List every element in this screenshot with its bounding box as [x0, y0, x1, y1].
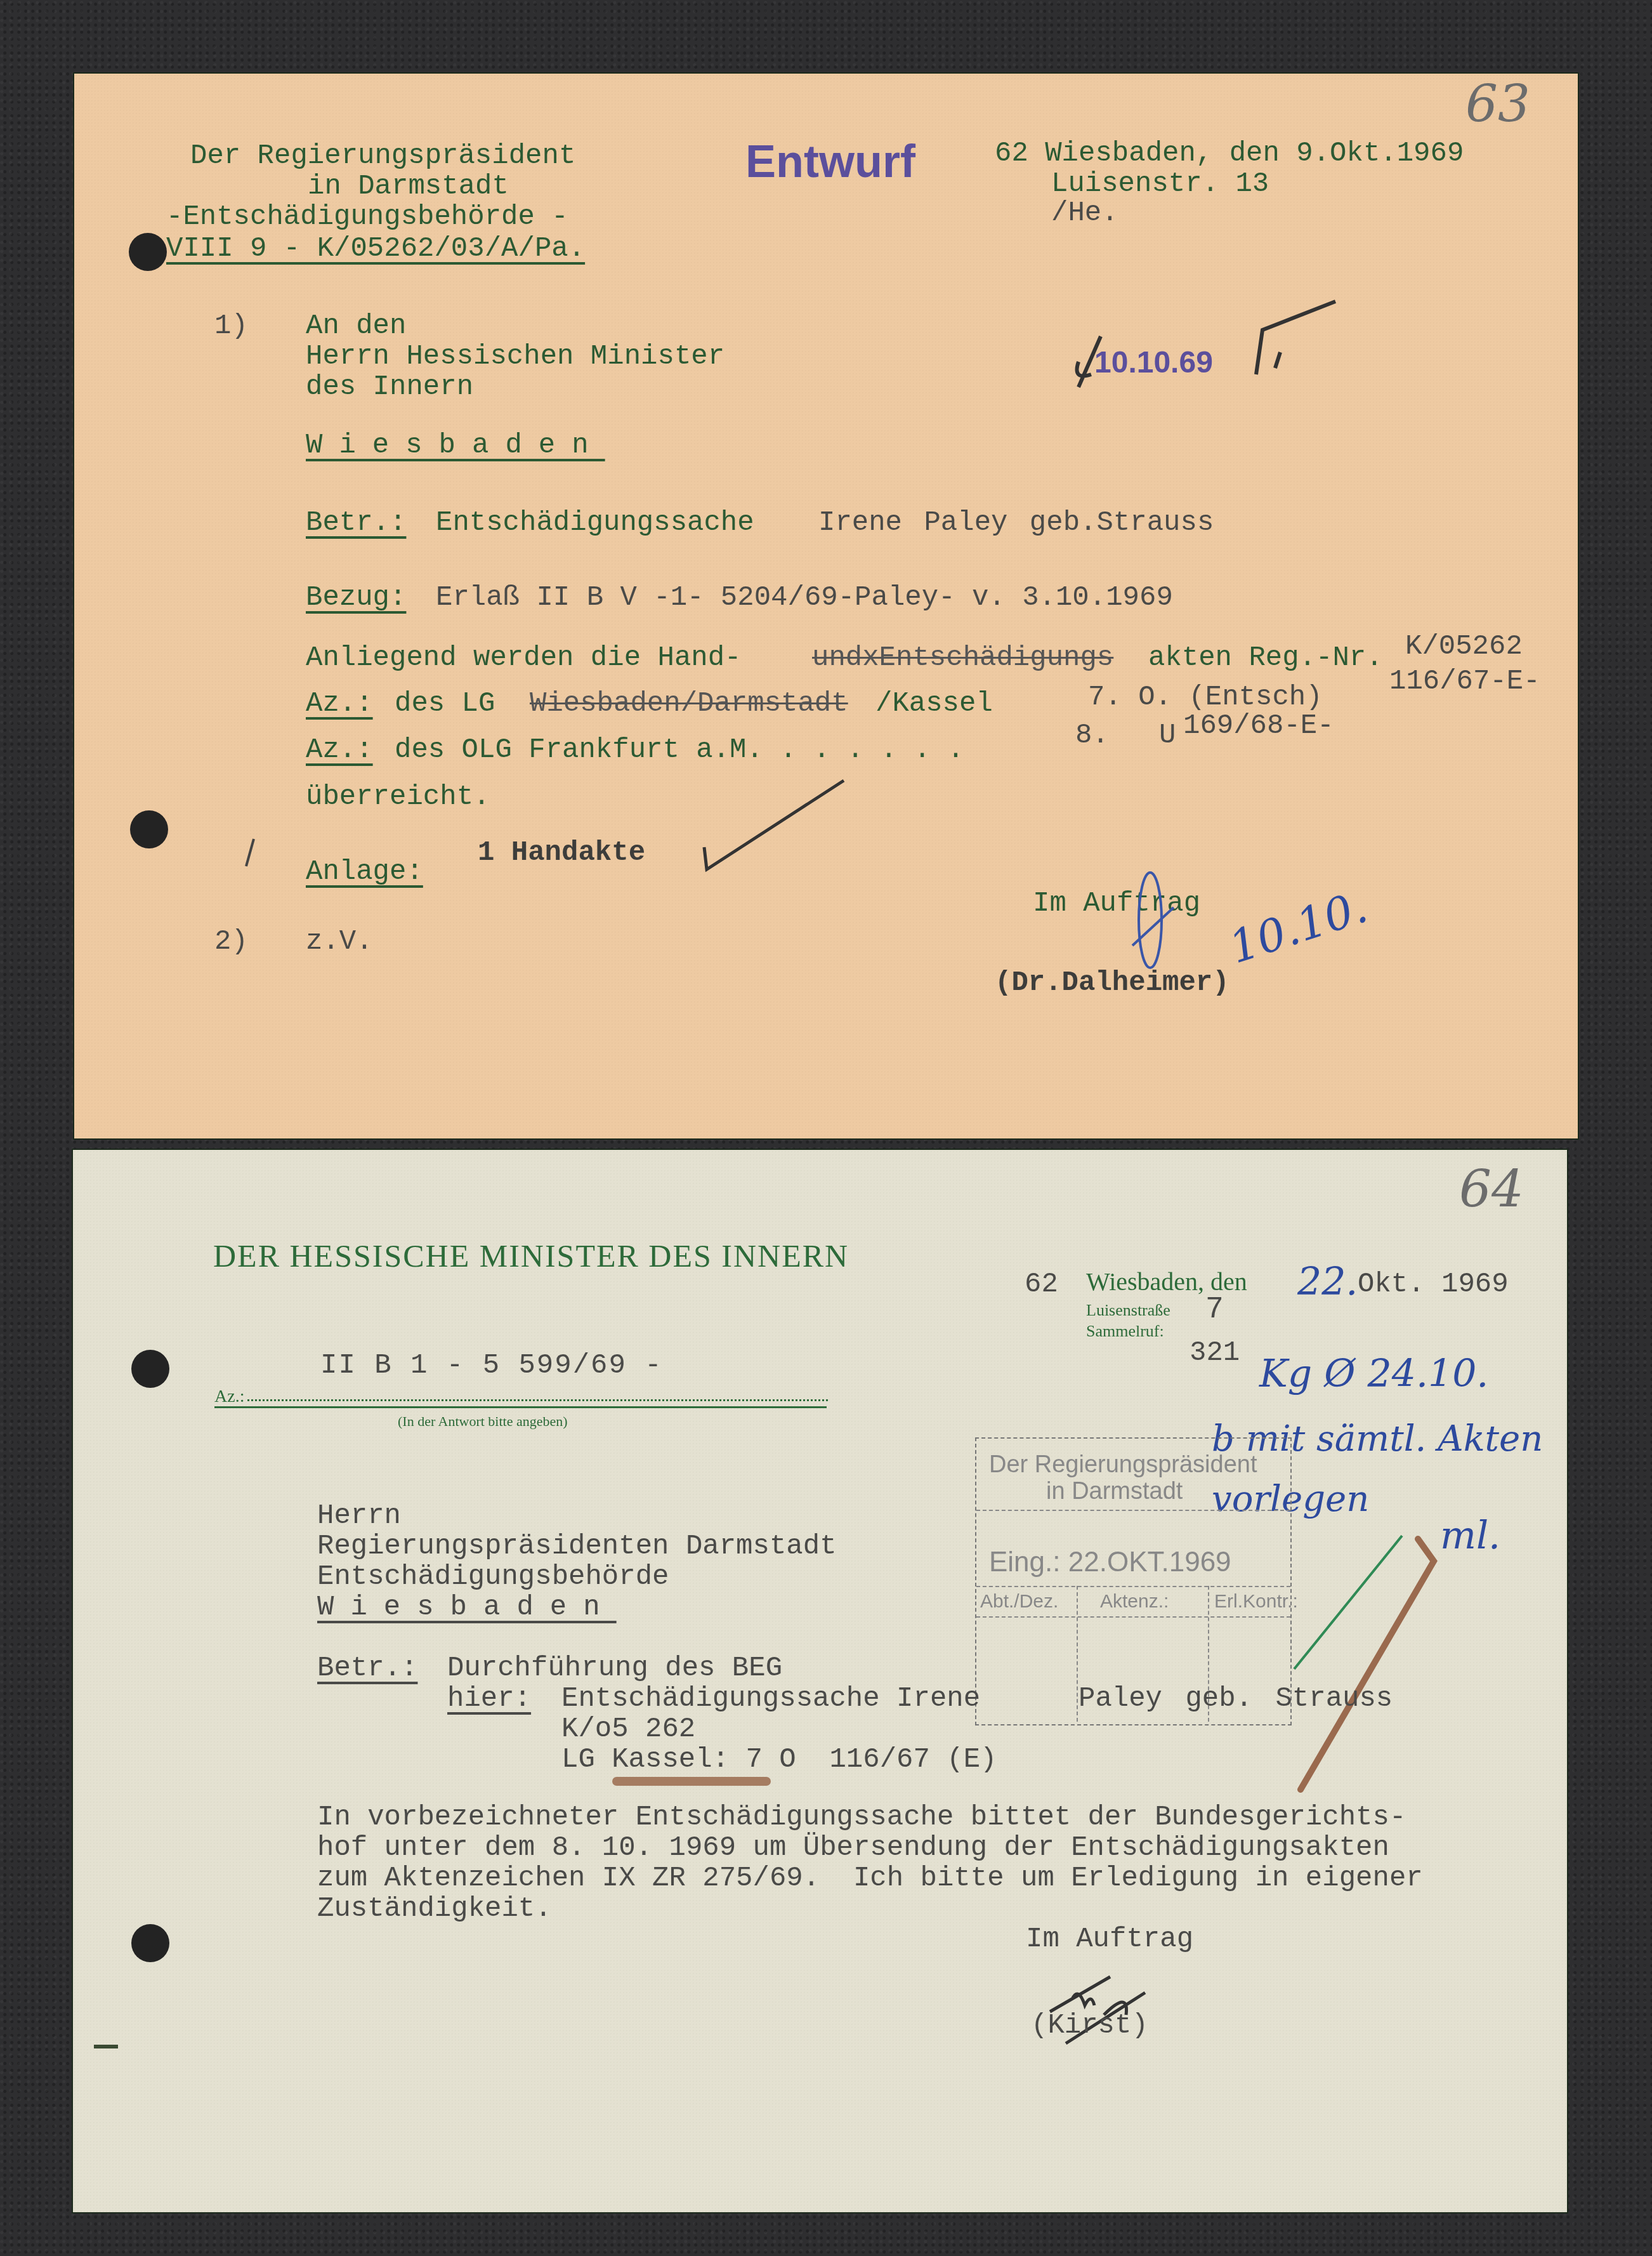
place-date: 62 Wiesbaden, den 9.Okt.1969 [995, 138, 1464, 169]
initials-pencil-icon [1066, 298, 1332, 393]
received-stamp-city: in Darmstadt [1046, 1478, 1183, 1505]
subject-label: Betr.: [317, 1653, 417, 1684]
az-olg-text: des OLG Frankfurt a.M. . . . . . . [395, 735, 964, 765]
handed-over-text: überreicht. [306, 782, 490, 812]
signer-name: (Dr.Dalheimer) [995, 968, 1229, 998]
sender-line-1: Der Regierungspräsident [190, 141, 575, 171]
here-name: Paley geb. Strauss [1078, 1684, 1393, 1714]
handwritten-note-1: Kg Ø 24.10. [1259, 1352, 1488, 1396]
item-2-text: z.V. [306, 927, 373, 957]
lg-reference: LG Kassel: 7 O 116/67 (E) [561, 1745, 997, 1775]
body-line-1-start: Anliegend werden die Hand- [306, 643, 742, 673]
body-line-4: Zuständigkeit. [317, 1894, 552, 1924]
place: Wiesbaden, den [1086, 1267, 1247, 1296]
recipient-line-2: Regierungspräsidenten Darmstadt [317, 1531, 837, 1562]
street-address: Luisenstr. 13 [1051, 169, 1269, 199]
case-number: K/o5 262 [561, 1714, 695, 1745]
recipient-city: Wiesbaden [317, 1592, 617, 1623]
subject-name: Irene Paley geb.Strauss [818, 508, 1214, 538]
received-stamp-date: Eing.: 22.OKT.1969 [989, 1547, 1231, 1578]
item-1-number: 1) [214, 311, 248, 341]
phone-number: 321 [1190, 1338, 1240, 1368]
fold-mark [94, 2045, 118, 2048]
recipient-line-1: Herrn [317, 1501, 401, 1531]
recipient-line-3: des Innern [306, 372, 473, 402]
body-line-1-struck: undxEntschädigungs [812, 643, 1113, 673]
recipient-line-1: An den [306, 311, 406, 341]
crayon-check-icon [1282, 1523, 1497, 1790]
signer-name: (Kirst) [1031, 2010, 1148, 2041]
file-reference: VIII 9 - K/05262/03/A/Pa. [166, 234, 585, 264]
here-label: hier: [447, 1684, 531, 1714]
az-lg-start: des LG [395, 689, 495, 719]
received-stamp-col-1: Abt./Dez. [980, 1591, 1058, 1613]
body-line-1-end: akten Reg.-Nr. [1148, 643, 1383, 673]
recipient-line-3: Entschädigungsbehörde [317, 1562, 669, 1592]
punch-hole [130, 810, 168, 848]
az-lg-end: /Kassel [875, 689, 993, 719]
subject-text: Durchführung des BEG [447, 1653, 782, 1684]
sender-line-2: in Darmstadt [308, 171, 509, 202]
date-day-handwritten: 22. [1297, 1260, 1358, 1304]
recipient-city: Wiesbaden [306, 430, 605, 461]
az-lg-label: Az.: [306, 689, 373, 719]
folio-number: 64 [1459, 1174, 1524, 1204]
signoff: Im Auftrag [1026, 1924, 1193, 1955]
az-olg-chamber: 8. U [1075, 720, 1176, 751]
typist-initials: /He. [1051, 198, 1118, 228]
received-stamp-authority: Der Regierungspräsident [989, 1451, 1257, 1479]
folio-number: 63 [1465, 89, 1530, 119]
az-hint: (In der Antwort bitte angeben) [398, 1413, 568, 1430]
draft-stamp: Entwurf [745, 136, 915, 187]
punch-hole [131, 1924, 169, 1962]
place-prefix: 62 [1025, 1269, 1058, 1300]
signature-initial-icon [1126, 869, 1183, 977]
sender-line-3: -Entschädigungsbehörde - [166, 202, 568, 232]
az-olg-number: 169/68-E- [1183, 711, 1334, 741]
enclosure-text: 1 Handakte [478, 838, 645, 868]
az-lg-number: 116/67-E- [1389, 666, 1540, 697]
phone-label: Sammelruf: [1086, 1322, 1164, 1341]
body-line-1: In vorbezeichneter Entschädigungssache b… [317, 1802, 1406, 1833]
item-2-number: 2) [214, 927, 248, 957]
az-lg-struck: Wiesbaden/Darmstadt [530, 689, 848, 719]
az-dotted-line [247, 1399, 828, 1401]
file-number: II B 1 - 5 599/69 - [320, 1350, 663, 1381]
punch-hole [129, 233, 167, 271]
recipient-line-2: Herrn Hessischen Minister [306, 341, 724, 372]
reference-label: Bezug: [306, 583, 406, 613]
date-rest: Okt. 1969 [1358, 1269, 1509, 1300]
received-stamp: Der Regierungspräsident in Darmstadt Ein… [975, 1437, 1292, 1725]
here-text: Entschädigungssache Irene [561, 1684, 980, 1714]
crayon-underline [612, 1777, 771, 1786]
az-lg-chamber: 7. O. (Entsch) [1088, 682, 1323, 713]
street-label: Luisenstraße [1086, 1301, 1170, 1320]
street-number: 7 [1205, 1295, 1224, 1325]
az-label: Az.: [214, 1387, 244, 1407]
body-line-2: hof unter dem 8. 10. 1969 um Übersendung… [317, 1833, 1389, 1863]
registration-number: K/05262 [1405, 631, 1523, 662]
letterhead: DER HESSISCHE MINISTER DES INNERN [213, 1237, 849, 1274]
subject-label: Betr.: [306, 508, 406, 538]
subject-text: Entschädigungssache [436, 508, 754, 538]
reference-text: Erlaß II B V -1- 5204/69-Paley- v. 3.10.… [436, 583, 1173, 613]
az-olg-label: Az.: [306, 735, 373, 765]
az-rule [214, 1406, 827, 1408]
punch-hole [131, 1350, 169, 1388]
pencil-tick-icon [241, 838, 260, 869]
checkmark-icon [698, 777, 850, 879]
body-line-3: zum Aktenzeichen IX ZR 275/69. Ich bitte… [317, 1863, 1423, 1894]
received-stamp-col-2: Aktenz.: [1100, 1591, 1169, 1613]
enclosure-label: Anlage: [306, 857, 423, 887]
